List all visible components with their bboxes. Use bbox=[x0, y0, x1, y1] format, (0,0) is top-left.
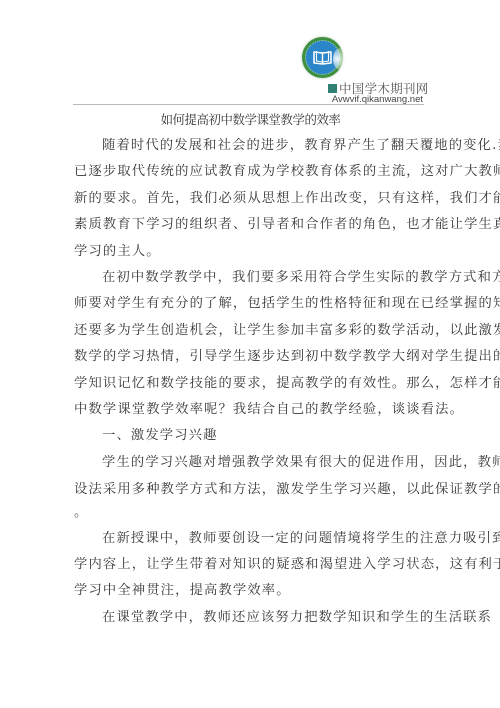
paragraph-1-line-3: 新的要求。首先，我们必须从思想上作出改变，只有这样，我们才能扮演好 bbox=[74, 186, 424, 212]
paragraph-2-line-4: 数学的学习热情，引导学生逐步达到初中数学教学大纲对学生提出的关于数 bbox=[74, 344, 424, 370]
paragraph-1-line-1: 随着时代的发展和社会的进步，教育界产生了翻天覆地的变化.素质教育 bbox=[74, 133, 424, 159]
paragraph-1-line-4: 素质教育下学习的组织者、引导者和合作者的角色，也才能让学生真正成为 bbox=[74, 212, 424, 238]
paragraph-4-line-1: 在新授课中，教师要创设一定的问题情境将学生的注意力吸引到课堂教 bbox=[74, 526, 424, 552]
paragraph-2-line-2: 师要对学生有充分的了解，包括学生的性格特征和现在已经掌握的知识等， bbox=[74, 291, 424, 317]
document-body: 随着时代的发展和社会的进步，教育界产生了翻天覆地的变化.素质教育 已逐步取代传统… bbox=[74, 133, 424, 631]
paragraph-2-line-6: 中数学课堂教学效率呢？我结合自己的教学经验，谈谈看法。 bbox=[74, 397, 424, 423]
section-heading: 一、激发学习兴趣 bbox=[74, 423, 424, 450]
paragraph-1-line-5: 学习的主人。 bbox=[74, 239, 424, 265]
paragraph-3-line-2: 设法采用多种教学方式和方法，激发学生学习兴趣，以此保证教学的有效性 bbox=[74, 477, 424, 503]
paragraph-5-line-1: 在课堂教学中，教师还应该努力把数学知识和学生的生活联系 bbox=[74, 605, 424, 631]
paragraph-2-line-3: 还要多为学生创造机会，让学生参加丰富多彩的数学活动，以此激发学生对 bbox=[74, 318, 424, 344]
paragraph-3-line-3: 。 bbox=[74, 504, 424, 526]
document-title: 如何提高初中数学课堂教学的效率 bbox=[0, 110, 500, 130]
paragraph-2-line-1: 在初中数学教学中，我们要多采用符合学生实际的教学方式和方法。教 bbox=[74, 265, 424, 291]
paragraph-2-line-5: 学知识记忆和数学技能的要求，提高教学的有效性。那么，怎样才能提高初 bbox=[74, 371, 424, 397]
header-divider bbox=[73, 104, 424, 105]
open-book-icon bbox=[313, 50, 332, 65]
logo-glow bbox=[333, 48, 347, 70]
site-square-icon bbox=[328, 84, 337, 93]
paragraph-1-line-2: 已逐步取代传统的应试教育成为学校教育体系的主流，这对广大教师提出了 bbox=[74, 159, 424, 185]
paragraph-4-line-3: 学习中全神贯注，提高教学效率。 bbox=[74, 578, 424, 604]
paragraph-4-line-2: 学内容上，让学生带着对知识的疑惑和渴望进入学习状态，这有利于学生在 bbox=[74, 552, 424, 578]
paragraph-3-line-1: 学生的学习兴趣对增强教学效果有很大的促进作用，因此，教师要想方 bbox=[74, 450, 424, 477]
